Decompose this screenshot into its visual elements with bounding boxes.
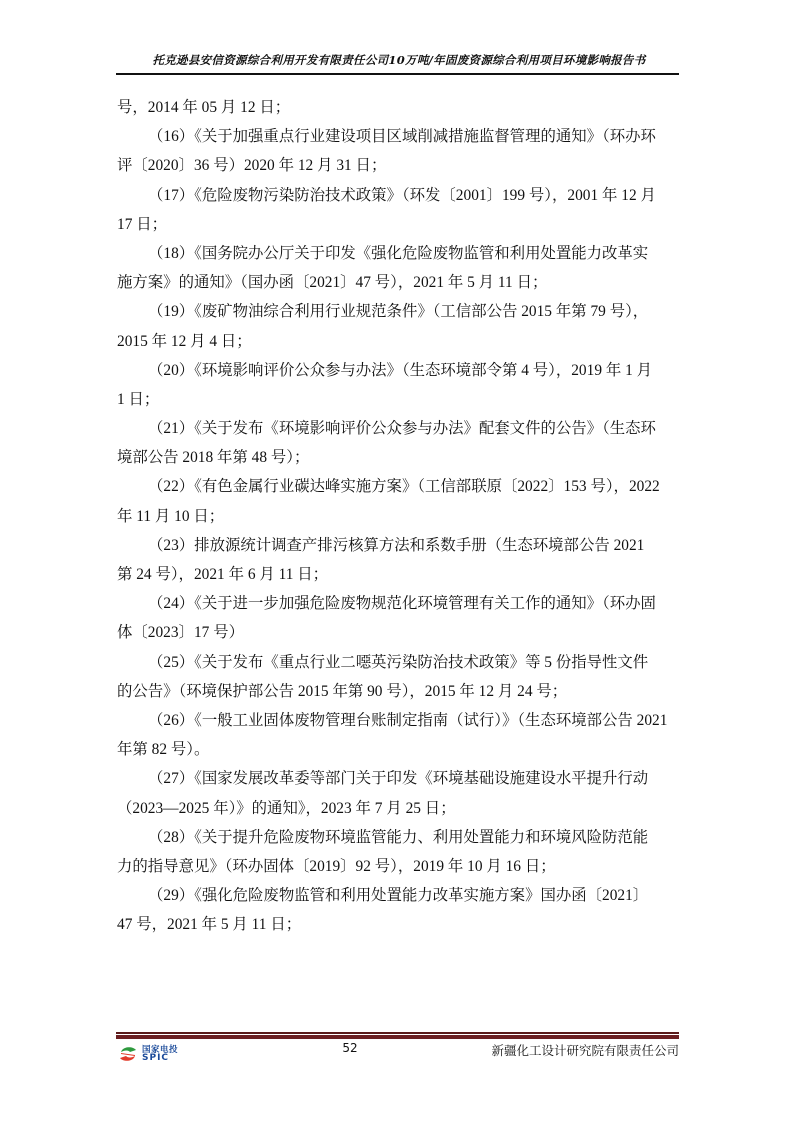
text-line: （18）《国务院办公厅关于印发《强化危险废物监管和利用处置能力改革实 xyxy=(117,239,679,268)
text-line: 17 日； xyxy=(117,210,679,239)
text-line: 号，2014 年 05 月 12 日； xyxy=(117,93,679,122)
footer-divider-thin xyxy=(116,1032,679,1034)
text-line: （19）《废矿物油综合利用行业规范条件》（工信部公告 2015 年第 79 号）… xyxy=(117,297,679,326)
text-line: 1 日； xyxy=(117,385,679,414)
spic-logo-icon xyxy=(118,1044,138,1064)
text-line: （21）《关于发布《环境影响评价公众参与办法》配套文件的公告》（生态环 xyxy=(117,414,679,443)
text-line: （22）《有色金属行业碳达峰实施方案》（工信部联原〔2022〕153 号），20… xyxy=(117,472,679,501)
text-line: 2015 年 12 月 4 日； xyxy=(117,327,679,356)
company-name: 新疆化工设计研究院有限责任公司 xyxy=(491,1041,679,1059)
text-line: 第 24 号），2021 年 6 月 11 日； xyxy=(117,560,679,589)
document-title: 托克逊县安信资源综合利用开发有限责任公司10万吨/年固废资源综合利用项目环境影响… xyxy=(118,52,680,68)
text-line: 力的指导意见》（环办固体〔2019〕92 号），2019 年 10 月 16 日… xyxy=(117,852,679,881)
text-line: 评〔2020〕36 号）2020 年 12 月 31 日； xyxy=(117,151,679,180)
spic-logo: 国家电投 SPIC xyxy=(118,1042,208,1064)
text-line: （20）《环境影响评价公众参与办法》（生态环境部令第 4 号），2019 年 1… xyxy=(117,356,679,385)
text-line: （29）《强化危险废物监管和利用处置能力改革实施方案》国办函〔2021〕 xyxy=(117,881,679,910)
text-line: （28）《关于提升危险废物环境监管能力、利用处置能力和环境风险防范能 xyxy=(117,823,679,852)
text-line: 47 号，2021 年 5 月 11 日； xyxy=(117,910,679,939)
text-line: 施方案》的通知》（国办函〔2021〕47 号），2021 年 5 月 11 日； xyxy=(117,268,679,297)
text-line: （2023—2025 年）》的通知》，2023 年 7 月 25 日； xyxy=(117,794,679,823)
text-line: 体〔2023〕17 号） xyxy=(117,618,679,647)
page-number: 52 xyxy=(330,1041,370,1055)
text-line: 的公告》（环境保护部公告 2015 年第 90 号），2015 年 12 月 2… xyxy=(117,677,679,706)
text-line: （23）排放源统计调查产排污核算方法和系数手册（生态环境部公告 2021 xyxy=(117,531,679,560)
footer-divider-thick xyxy=(116,1035,679,1039)
text-line: （17）《危险废物污染防治技术政策》（环发〔2001〕199 号），2001 年… xyxy=(117,181,679,210)
header-divider xyxy=(116,73,679,75)
document-body: 号，2014 年 05 月 12 日；（16）《关于加强重点行业建设项目区域削减… xyxy=(117,93,679,939)
text-line: （26）《一般工业固体废物管理台账制定指南（试行）》（生态环境部公告 2021 xyxy=(117,706,679,735)
text-line: （27）《国家发展改革委等部门关于印发《环境基础设施建设水平提升行动 xyxy=(117,764,679,793)
text-line: 境部公告 2018 年第 48 号）； xyxy=(117,443,679,472)
text-line: 年第 82 号）。 xyxy=(117,735,679,764)
text-line: （25）《关于发布《重点行业二噁英污染防治技术政策》等 5 份指导性文件 xyxy=(117,648,679,677)
logo-text-en: SPIC xyxy=(142,1053,169,1063)
text-line: （24）《关于进一步加强危险废物规范化环境管理有关工作的通知》（环办固 xyxy=(117,589,679,618)
text-line: （16）《关于加强重点行业建设项目区域削减措施监督管理的通知》（环办环 xyxy=(117,122,679,151)
text-line: 年 11 月 10 日； xyxy=(117,502,679,531)
